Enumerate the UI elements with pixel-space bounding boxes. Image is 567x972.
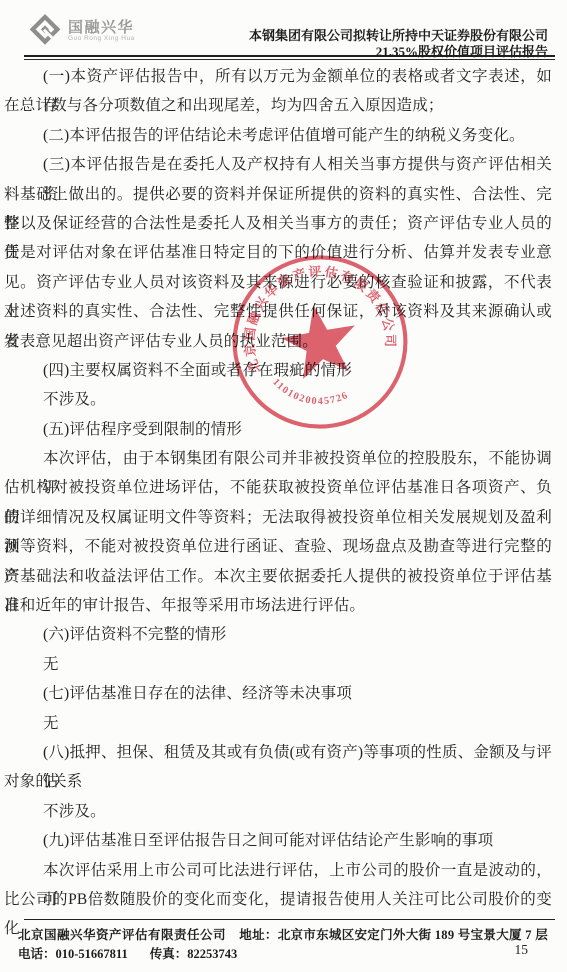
body-line: 日和近年的审计报告、年报等采用市场法进行评估。 bbox=[4, 591, 552, 620]
body-line: (一)本资产评估报告中，所有以万元为金额单位的表格或者文字表述，如存 bbox=[4, 62, 552, 91]
body-line: 产基础法和收益法评估工作。本次主要依据委托人提供的被投资单位于评估基准 bbox=[4, 562, 552, 591]
body-line: 估机构对被投资单位进场评估，不能获取被投资单位评估基准日各项资产、负债 bbox=[4, 473, 552, 502]
body-line: 上述资料的真实性、合法性、完整性提供任何保证，对该资料及其来源确认或者 bbox=[4, 297, 552, 326]
body-line: 在总计数与各分项数值之和出现尾差，均为四舍五入原因造成； bbox=[4, 91, 552, 120]
body-line: (九)评估基准日至评估报告日之间可能对评估结论产生影响的事项 bbox=[4, 826, 552, 855]
footer-phone: 电话：010-51667811 bbox=[18, 944, 128, 962]
body-line: (二)本评估报告的评估结论未考虑评估值增可能产生的纳税义务变化。 bbox=[4, 121, 552, 150]
body-line: 无 bbox=[4, 650, 552, 679]
body-line: 不涉及。 bbox=[4, 385, 552, 414]
body-line: (三)本评估报告是在委托人及产权持有人相关当事方提供与资产评估相关资 bbox=[4, 150, 552, 179]
body-line: 的详细情况及权属证明文件等资料；无法取得被投资单位相关发展规划及盈利预 bbox=[4, 503, 552, 532]
body-line: 任是对评估对象在评估基准日特定目的下的价值进行分析、估算并发表专业意 bbox=[4, 238, 552, 267]
body-line: 性以及保证经营的合法性是委托人及相关当事方的责任；资产评估专业人员的责 bbox=[4, 209, 552, 238]
header-divider bbox=[24, 55, 555, 60]
header-title-line1: 本钢集团有限公司拟转让所持中天证券股份有限公司 bbox=[249, 28, 548, 44]
footer-fax: 传真：82253743 bbox=[150, 944, 238, 962]
body-line: 料基础上做出的。提供必要的资料并保证所提供的资料的真实性、合法性、完整 bbox=[4, 180, 552, 209]
body-line: 本次评估，由于本钢集团有限公司并非被投资单位的控股股东，不能协调评 bbox=[4, 444, 552, 473]
body-line: 本次评估采用上市公司可比法进行评估，上市公司的股价一直是波动的，可 bbox=[4, 856, 552, 885]
footer-contact-row: 电话：010-51667811 传真：82253743 bbox=[18, 944, 237, 962]
report-page: 国融兴华 Guo Rong Xing Hua 本钢集团有限公司拟转让所持中天证券… bbox=[0, 0, 567, 972]
body-line: 对象的关系 bbox=[4, 767, 552, 796]
body-line: 见。资产评估专业人员对该资料及其来源进行必要的核查验证和披露，不代表对 bbox=[4, 268, 552, 297]
logo-text-en: Guo Rong Xing Hua bbox=[68, 35, 135, 43]
body-line: (六)评估资料不完整的情形 bbox=[4, 620, 552, 649]
body-line: (四)主要权属资料不全面或者存在瑕疵的情形 bbox=[4, 356, 552, 385]
logo-text-cn: 国融兴华 bbox=[68, 20, 135, 35]
body-lines: (一)本资产评估报告中，所有以万元为金额单位的表格或者文字表述，如存在总计数与各… bbox=[4, 62, 552, 914]
footer-company: 北京国融兴华资产评估有限责任公司 bbox=[18, 925, 226, 943]
footer-divider bbox=[24, 919, 555, 920]
page-number: 15 bbox=[515, 942, 529, 958]
logo-diamond-icon bbox=[28, 13, 62, 49]
body-line: (五)评估程序受到限制的情形 bbox=[4, 415, 552, 444]
company-logo: 国融兴华 Guo Rong Xing Hua bbox=[28, 13, 135, 49]
body-line: 无 bbox=[4, 709, 552, 738]
body-line: 测等资料，不能对被投资单位进行函证、查验、现场盘点及勘查等进行完整的资 bbox=[4, 532, 552, 561]
body-line: 不涉及。 bbox=[4, 797, 552, 826]
body-line: (八)抵押、担保、租赁及其或有负债(或有资产)等事项的性质、金额及与评估 bbox=[4, 738, 552, 767]
body-line: 比公司的PB倍数随股价的变化而变化，提请报告使用人关注可比公司股价的变化 bbox=[4, 885, 552, 914]
body-line: (七)评估基准日存在的法律、经济等未决事项 bbox=[4, 679, 552, 708]
footer-address: 地址：北京市东城区安定门外大街 189 号宝景大厦 7 层 bbox=[239, 925, 548, 943]
body-line: 发表意见超出资产评估专业人员的执业范围。 bbox=[4, 327, 552, 356]
